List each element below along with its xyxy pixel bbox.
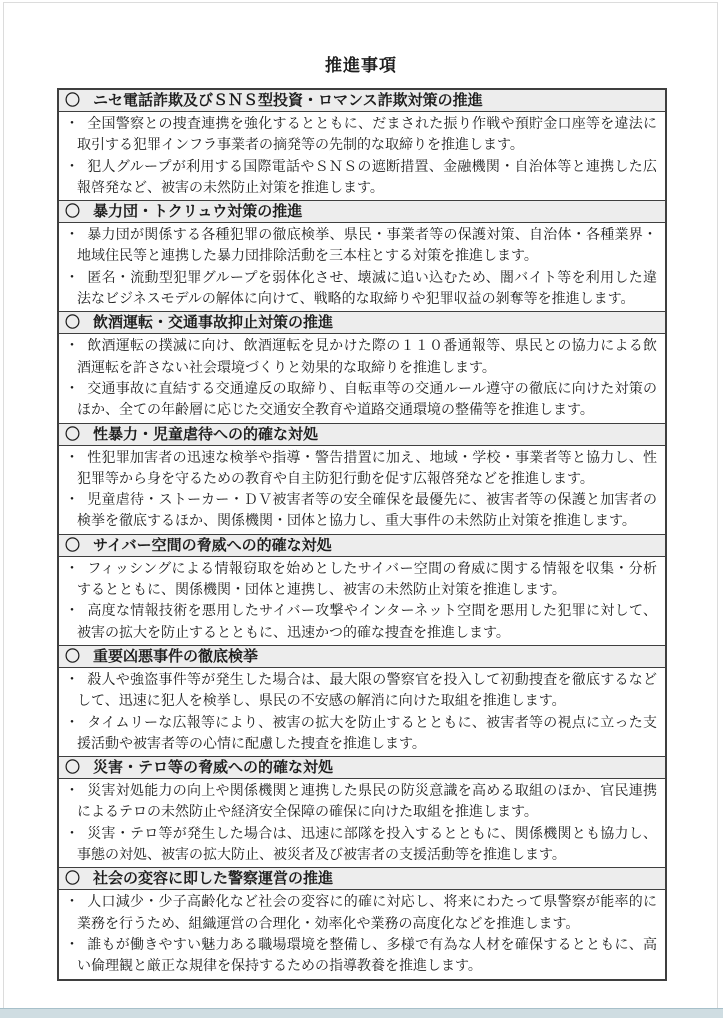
bullet-dot-icon: ・	[65, 936, 79, 952]
circle-marker-icon: 〇	[65, 313, 80, 332]
section-header-traffic: 〇飲酒運転・交通事故抑止対策の推進	[59, 311, 665, 334]
bullet-text: 匿名・流動型犯罪グループを弱体化させ、壊滅に追い込むため、闇バイト等を利用した違…	[77, 269, 657, 306]
bullet-text: 全国警察との捜査連携を強化するとともに、だまされた振り作戦や預貯金口座等を違法に…	[77, 115, 657, 152]
page-bottom-edge	[0, 1008, 723, 1018]
section-title: 重要凶悪事件の徹底検挙	[93, 648, 258, 665]
bullet-item: ・性犯罪加害者の迅速な検挙や指導・警告措置に加え、地域・学校・事業者等と協力し、…	[59, 447, 665, 490]
section-body: ・全国警察との捜査連携を強化するとともに、だまされた振り作戦や預貯金口座等を違法…	[59, 112, 665, 200]
section-header-fraud: 〇ニセ電話詐欺及びＳＮＳ型投資・ロマンス詐欺対策の推進	[59, 90, 665, 112]
section-body: ・災害対処能力の向上や関係機関と連携した県民の防災意識を高める取組のほか、官民連…	[59, 779, 665, 867]
circle-marker-icon: 〇	[65, 647, 80, 666]
section-header-disaster-terror: 〇災害・テロ等の脅威への的確な対処	[59, 756, 665, 779]
section-title: 災害・テロ等の脅威への的確な対処	[93, 759, 333, 776]
section-body: ・暴力団が関係する各種犯罪の徹底検挙、県民・事業者等の保護対策、自治体・各種業界…	[59, 223, 665, 311]
bullet-dot-icon: ・	[65, 602, 79, 618]
bullet-item: ・フィッシングによる情報窃取を始めとしたサイバー空間の脅威に関する情報を収集・分…	[59, 558, 665, 601]
bullet-dot-icon: ・	[65, 115, 79, 131]
page-title: 推進事項	[57, 55, 665, 77]
section-header-violent-crime: 〇重要凶悪事件の徹底検挙	[59, 645, 665, 668]
section-body: ・飲酒運転の撲滅に向け、飲酒運転を見かけた際の１１０番通報等、県民との協力による…	[59, 334, 665, 422]
bullet-dot-icon: ・	[65, 449, 79, 465]
section-header-boryokudan: 〇暴力団・トクリュウ対策の推進	[59, 200, 665, 223]
bullet-item: ・災害・テロ等が発生した場合は、迅速に部隊を投入するとともに、関係機関とも協力し…	[59, 823, 665, 866]
section-body: ・殺人や強盗事件等が発生した場合は、最大限の警察官を投入して初動捜査を徹底するな…	[59, 668, 665, 756]
bullet-item: ・匿名・流動型犯罪グループを弱体化させ、壊滅に追い込むため、闇バイト等を利用した…	[59, 267, 665, 310]
section-header-police-management: 〇社会の変容に即した警察運営の推進	[59, 867, 665, 890]
bullet-text: 誰もが働きやすい魅力ある職場環境を整備し、多様で有為な人材を確保するとともに、高…	[77, 936, 657, 973]
document-page: 推進事項 〇ニセ電話詐欺及びＳＮＳ型投資・ロマンス詐欺対策の推進 ・全国警察との…	[0, 0, 723, 981]
section-title: サイバー空間の脅威への的確な対処	[93, 537, 332, 554]
bullet-item: ・児童虐待・ストーカー・ＤＶ被害者等の安全確保を最優先に、被害者等の保護と加害者…	[59, 489, 665, 532]
bullet-text: 飲酒運転の撲滅に向け、飲酒運転を見かけた際の１１０番通報等、県民との協力による飲…	[77, 337, 657, 374]
bullet-dot-icon: ・	[65, 825, 79, 841]
bullet-text: 高度な情報技術を悪用したサイバー攻撃やインターネット空間を悪用した犯罪に対して、…	[77, 602, 657, 639]
section-header-cyber: 〇サイバー空間の脅威への的確な対処	[59, 534, 665, 557]
bullet-dot-icon: ・	[65, 158, 79, 174]
section-body: ・人口減少・少子高齢化など社会の変容に的確に対応し、将来にわたって県警察が能率的…	[59, 890, 665, 978]
bullet-item: ・犯人グループが利用する国際電話やＳＮＳの遮断措置、金融機関・自治体等と連携した…	[59, 156, 665, 199]
bullet-text: 暴力団が関係する各種犯罪の徹底検挙、県民・事業者等の保護対策、自治体・各種業界・…	[77, 226, 657, 263]
bullet-dot-icon: ・	[65, 671, 79, 687]
circle-marker-icon: 〇	[65, 91, 80, 110]
section-title: 飲酒運転・交通事故抑止対策の推進	[93, 314, 333, 331]
bullet-text: 児童虐待・ストーカー・ＤＶ被害者等の安全確保を最優先に、被害者等の保護と加害者の…	[77, 491, 657, 528]
section-body: ・フィッシングによる情報窃取を始めとしたサイバー空間の脅威に関する情報を収集・分…	[59, 557, 665, 645]
section-title: ニセ電話詐欺及びＳＮＳ型投資・ロマンス詐欺対策の推進	[93, 92, 483, 109]
circle-marker-icon: 〇	[65, 758, 80, 777]
section-title: 性暴力・児童虐待への的確な対処	[93, 426, 318, 443]
bullet-item: ・タイムリーな広報等により、被害の拡大を防止するとともに、被害者等の視点に立った…	[59, 712, 665, 755]
promotion-items-table: 〇ニセ電話詐欺及びＳＮＳ型投資・ロマンス詐欺対策の推進 ・全国警察との捜査連携を…	[57, 88, 667, 981]
section-header-abuse: 〇性暴力・児童虐待への的確な対処	[59, 423, 665, 446]
bullet-dot-icon: ・	[65, 560, 79, 576]
bullet-item: ・人口減少・少子高齢化など社会の変容に的確に対応し、将来にわたって県警察が能率的…	[59, 891, 665, 934]
circle-marker-icon: 〇	[65, 869, 80, 888]
bullet-text: 災害・テロ等が発生した場合は、迅速に部隊を投入するとともに、関係機関とも協力し、…	[77, 825, 657, 862]
bullet-item: ・暴力団が関係する各種犯罪の徹底検挙、県民・事業者等の保護対策、自治体・各種業界…	[59, 224, 665, 267]
bullet-item: ・誰もが働きやすい魅力ある職場環境を整備し、多様で有為な人材を確保するとともに、…	[59, 934, 665, 977]
bullet-dot-icon: ・	[65, 337, 79, 353]
bullet-dot-icon: ・	[65, 380, 79, 396]
bullet-item: ・全国警察との捜査連携を強化するとともに、だまされた振り作戦や預貯金口座等を違法…	[59, 113, 665, 156]
section-body: ・性犯罪加害者の迅速な検挙や指導・警告措置に加え、地域・学校・事業者等と協力し、…	[59, 446, 665, 534]
bullet-text: 殺人や強盗事件等が発生した場合は、最大限の警察官を投入して初動捜査を徹底するなど…	[77, 671, 657, 708]
bullet-text: フィッシングによる情報窃取を始めとしたサイバー空間の脅威に関する情報を収集・分析…	[77, 560, 657, 597]
bullet-dot-icon: ・	[65, 893, 79, 909]
bullet-dot-icon: ・	[65, 782, 79, 798]
bullet-item: ・交通事故に直結する交通違反の取締り、自転車等の交通ルール遵守の徹底に向けた対策…	[59, 378, 665, 421]
bullet-text: タイムリーな広報等により、被害の拡大を防止するとともに、被害者等の視点に立った支…	[77, 714, 657, 751]
bullet-dot-icon: ・	[65, 491, 79, 507]
circle-marker-icon: 〇	[65, 202, 80, 221]
bullet-dot-icon: ・	[65, 226, 79, 242]
bullet-item: ・災害対処能力の向上や関係機関と連携した県民の防災意識を高める取組のほか、官民連…	[59, 780, 665, 823]
bullet-text: 犯人グループが利用する国際電話やＳＮＳの遮断措置、金融機関・自治体等と連携した広…	[77, 158, 657, 195]
bullet-dot-icon: ・	[65, 269, 79, 285]
bullet-text: 性犯罪加害者の迅速な検挙や指導・警告措置に加え、地域・学校・事業者等と協力し、性…	[77, 449, 657, 486]
bullet-item: ・高度な情報技術を悪用したサイバー攻撃やインターネット空間を悪用した犯罪に対して…	[59, 600, 665, 643]
circle-marker-icon: 〇	[65, 425, 80, 444]
section-title: 暴力団・トクリュウ対策の推進	[93, 203, 302, 220]
bullet-dot-icon: ・	[65, 714, 79, 730]
section-title: 社会の変容に即した警察運営の推進	[93, 870, 333, 887]
bullet-text: 人口減少・少子高齢化など社会の変容に的確に対応し、将来にわたって県警察が能率的に…	[77, 893, 657, 930]
bullet-text: 交通事故に直結する交通違反の取締り、自転車等の交通ルール遵守の徹底に向けた対策の…	[77, 380, 657, 417]
bullet-item: ・殺人や強盗事件等が発生した場合は、最大限の警察官を投入して初動捜査を徹底するな…	[59, 669, 665, 712]
bullet-item: ・飲酒運転の撲滅に向け、飲酒運転を見かけた際の１１０番通報等、県民との協力による…	[59, 335, 665, 378]
bullet-text: 災害対処能力の向上や関係機関と連携した県民の防災意識を高める取組のほか、官民連携…	[77, 782, 657, 819]
circle-marker-icon: 〇	[65, 536, 80, 555]
